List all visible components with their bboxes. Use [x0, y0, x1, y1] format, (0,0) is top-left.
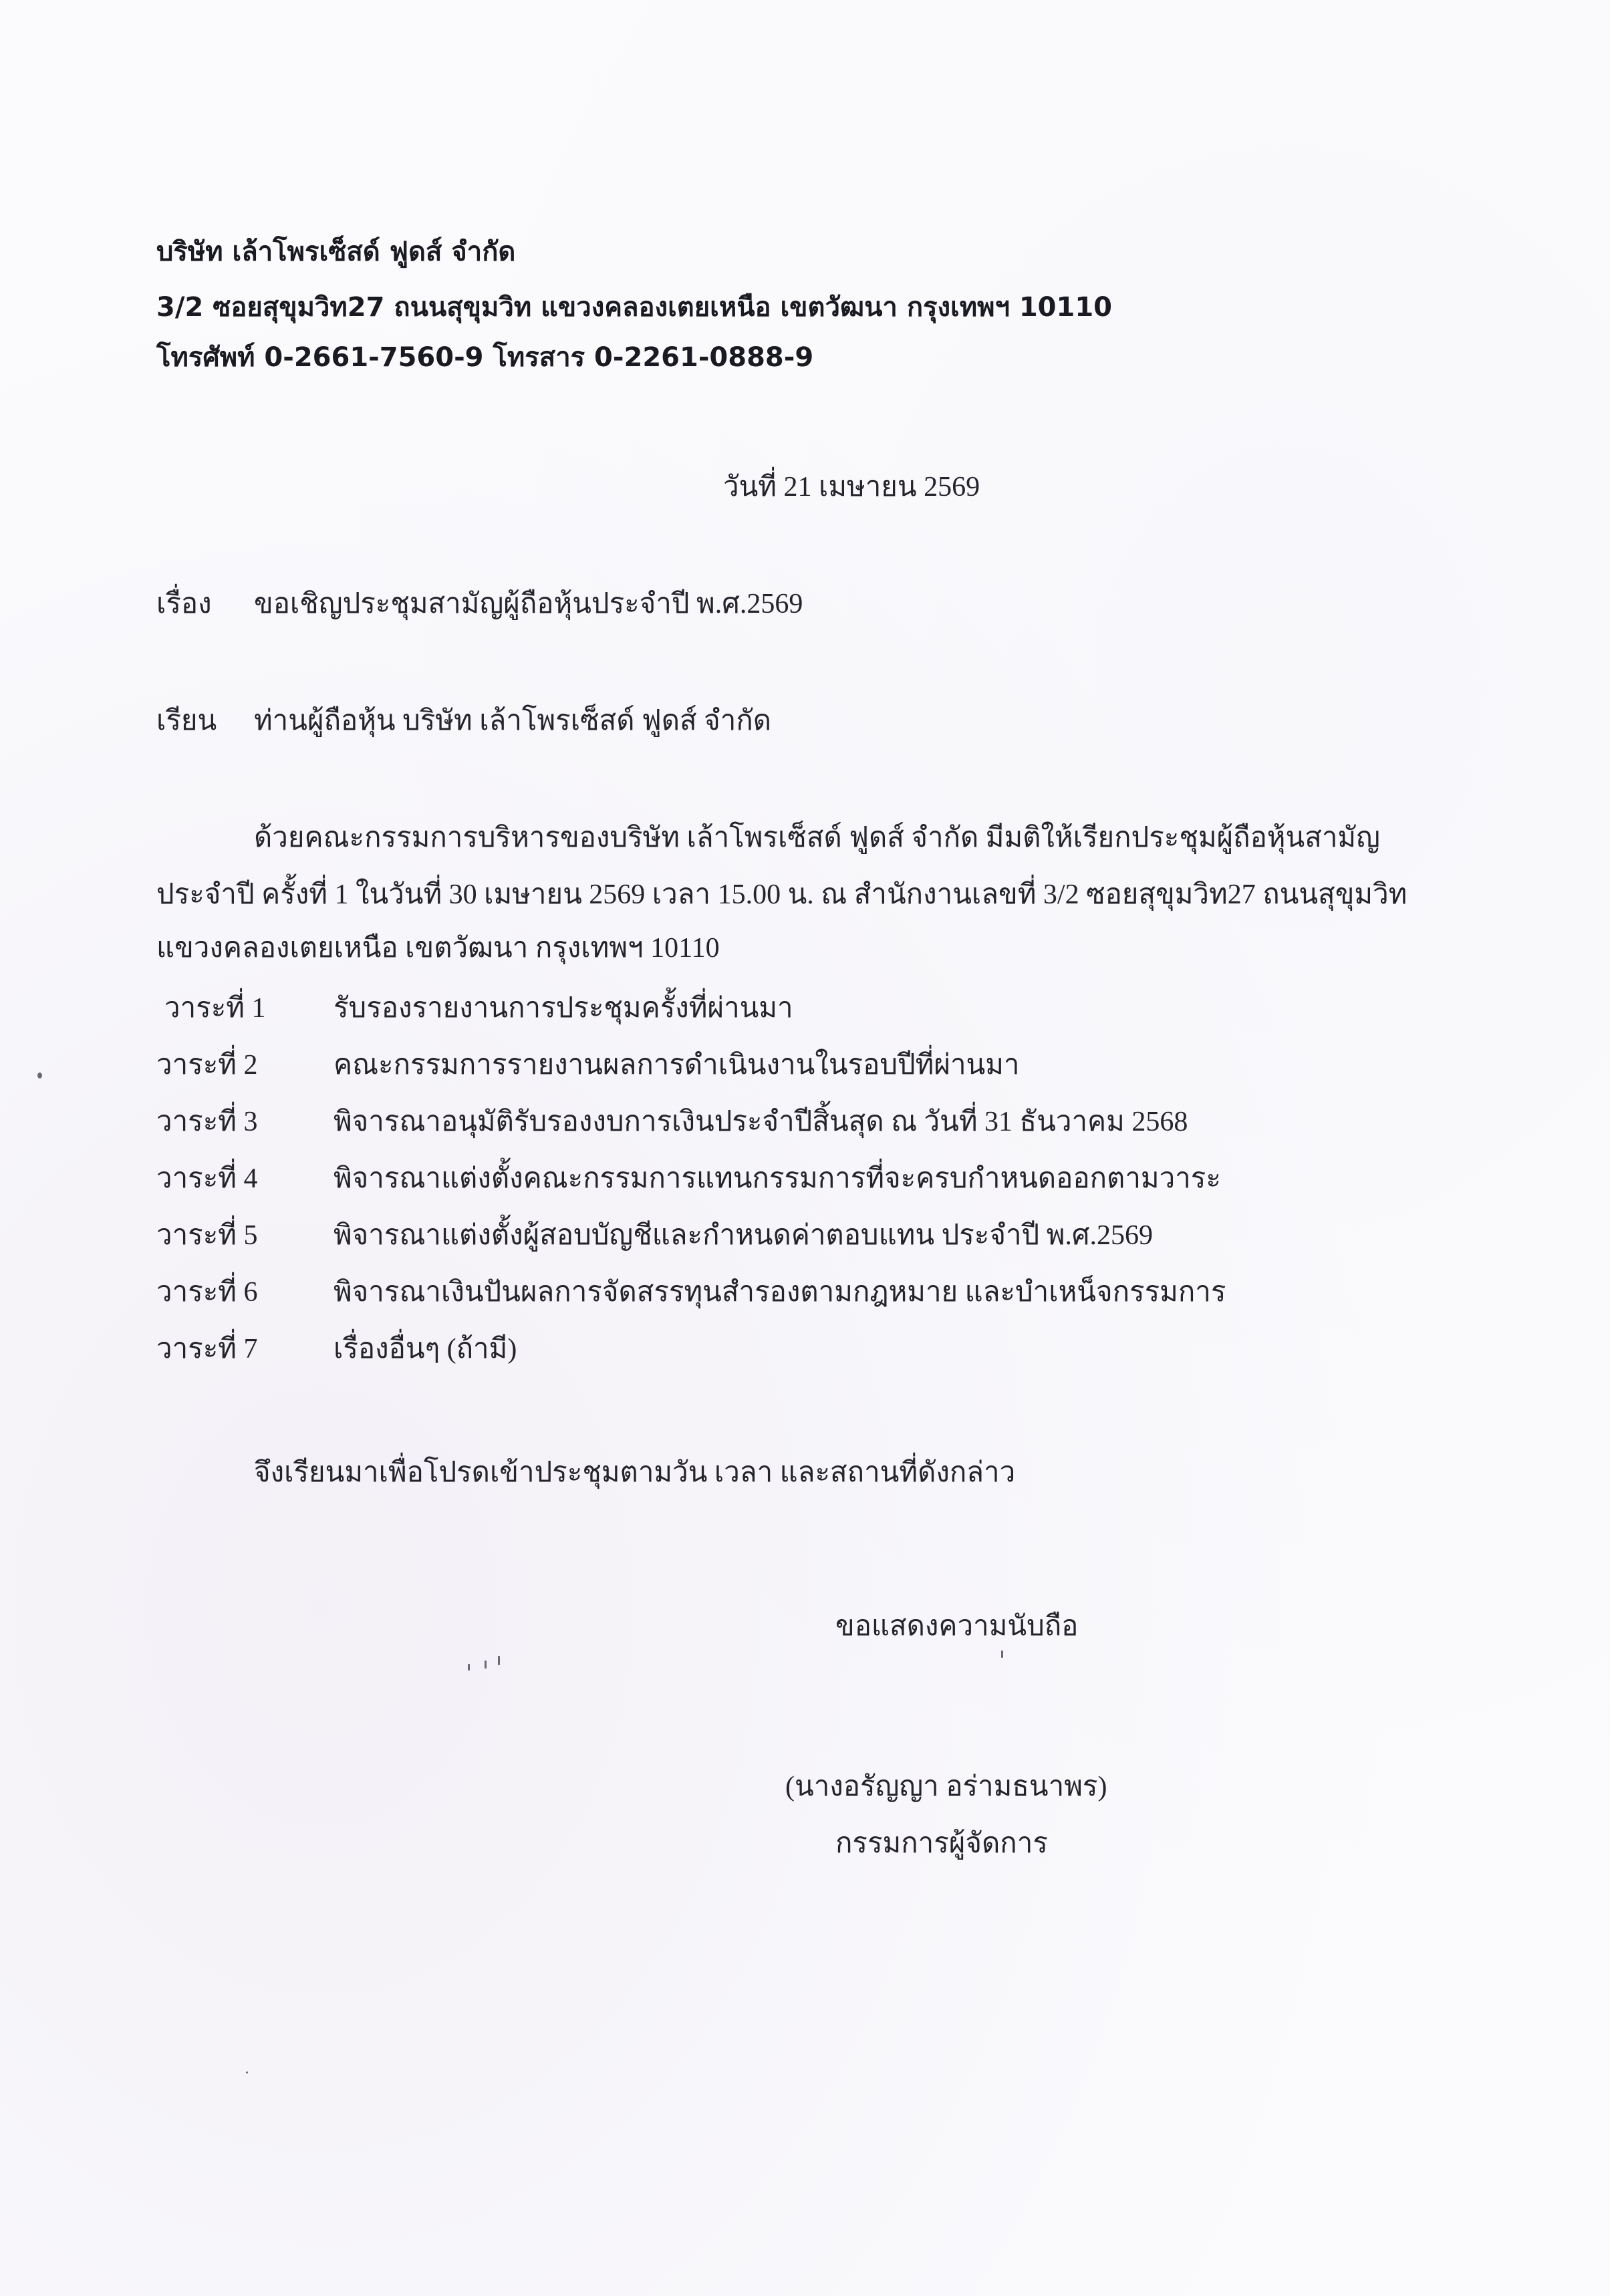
scan-speck — [37, 1072, 42, 1079]
subject-label: เรื่อง — [156, 581, 212, 625]
body-line-3: แขวงคลองเตยเหนือ เขตวัฒนา กรุงเทพฯ 10110 — [156, 925, 720, 970]
scanned-letter-page: บริษัท เล้าโพรเซ็สด์ ฟูดส์ จำกัด 3/2 ซอย… — [0, 0, 1610, 2296]
agenda-item-label: วาระที่ 3 — [156, 1099, 257, 1143]
subject-text: ขอเชิญประชุมสามัญผู้ถือหุ้นประจำปี พ.ศ.2… — [254, 581, 803, 625]
company-contact: โทรศัพท์ 0-2661-7560-9 โทรสาร 0-2261-088… — [156, 344, 813, 371]
agenda-item-label: วาระที่ 4 — [156, 1156, 257, 1200]
agenda-item-text: คณะกรรมการรายงานผลการดำเนินงานในรอบปีที่… — [333, 1042, 1020, 1087]
letter-date: วันที่ 21 เมษายน 2569 — [723, 464, 980, 509]
signer-name: (นางอรัญญา อร่ามธนาพร) — [785, 1764, 1107, 1808]
scan-speck — [468, 1664, 470, 1671]
agenda-item-text: เรื่องอื่นๆ (ถ้ามี) — [333, 1326, 517, 1371]
scan-speck — [498, 1656, 500, 1665]
agenda-item-text: พิจารณาอนุมัติรับรองงบการเงินประจำปีสิ้น… — [333, 1099, 1188, 1143]
company-address: 3/2 ซอยสุขุมวิท27 ถนนสุขุมวิท แขวงคลองเต… — [156, 294, 1112, 321]
scan-speck — [246, 2071, 248, 2073]
agenda-item-label: วาระที่ 1 — [164, 986, 265, 1030]
regards: ขอแสดงความนับถือ — [835, 1604, 1078, 1648]
agenda-item-text: พิจารณาแต่งตั้งผู้สอบบัญชีและกำหนดค่าตอบ… — [333, 1213, 1153, 1257]
agenda-item-text: พิจารณาเงินปันผลการจัดสรรทุนสำรองตามกฎหม… — [333, 1270, 1226, 1314]
recipient-label: เรียน — [156, 698, 217, 742]
signer-title: กรรมการผู้จัดการ — [835, 1821, 1048, 1865]
scan-speck — [1001, 1651, 1003, 1658]
recipient-text: ท่านผู้ถือหุ้น บริษัท เล้าโพรเซ็สด์ ฟูดส… — [254, 698, 771, 742]
scan-speck — [485, 1661, 487, 1669]
body-line-1: ด้วยคณะกรรมการบริหารของบริษัท เล้าโพรเซ็… — [254, 815, 1380, 859]
agenda-item-label: วาระที่ 2 — [156, 1042, 257, 1087]
agenda-item-text: รับรองรายงานการประชุมครั้งที่ผ่านมา — [333, 986, 793, 1030]
agenda-item-label: วาระที่ 7 — [156, 1326, 257, 1371]
body-line-2: ประจำปี ครั้งที่ 1 ในวันที่ 30 เมษายน 25… — [156, 872, 1407, 916]
company-name: บริษัท เล้าโพรเซ็สด์ ฟูดส์ จำกัด — [156, 239, 515, 265]
closing-sentence: จึงเรียนมาเพื่อโปรดเข้าประชุมตามวัน เวลา… — [254, 1450, 1015, 1494]
agenda-item-label: วาระที่ 5 — [156, 1213, 257, 1257]
agenda-item-label: วาระที่ 6 — [156, 1270, 257, 1314]
agenda-item-text: พิจารณาแต่งตั้งคณะกรรมการแทนกรรมการที่จะ… — [333, 1156, 1221, 1200]
